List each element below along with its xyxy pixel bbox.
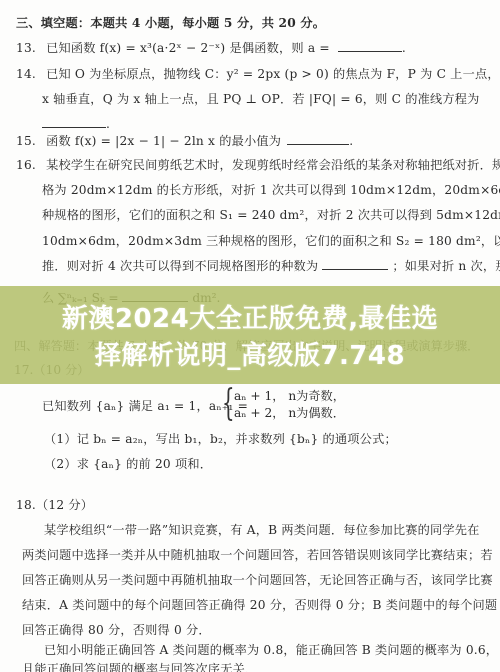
section-3-heading: 三、填空题：本题共 4 小题，每小题 5 分，共 20 分。 <box>16 15 325 31</box>
question-13: 13. 已知函数 f(x) = x³(a·2ˣ − 2⁻ˣ) 是偶函数，则 a … <box>16 40 406 56</box>
question-16-line-3: 种规格的图形，它们的面积之和 S₁ = 240 dm²，对折 2 次共可以得到 … <box>42 207 500 223</box>
question-18-line-5: 回答正确得 80 分，否则得 0 分． <box>22 622 211 638</box>
question-14-number: 14. <box>16 67 36 81</box>
question-17-intro: 已知数列 {aₙ} 满足 a₁ = 1，aₙ₊₁ = <box>42 398 248 414</box>
question-18-line-1: 某学校组织“一带一路”知识竞赛，有 A，B 两类问题．每位参加比赛的同学先在 <box>44 522 480 538</box>
question-17-part-2: （2）求 {aₙ} 的前 20 项和． <box>44 456 212 472</box>
punctuation: . <box>349 134 353 148</box>
question-18-header: 18.（12 分） <box>16 497 93 513</box>
question-15-number: 15. <box>16 134 36 148</box>
question-15-text: 函数 f(x) = |2x − 1| − 2ln x 的最小值为 <box>46 134 281 148</box>
question-16-line-4: 10dm×6dm，20dm×3dm 三种规格的图形，它们的面积之和 S₂ = 1… <box>42 233 500 249</box>
question-18-line-3: 回答正确则从另一类问题中再随机抽取一个问题回答，无论回答正确与否，该同学比赛 <box>22 572 493 588</box>
question-16-line-1: 16. 某校学生在研究民间剪纸艺术时，发现剪纸时经常会沿纸的某条对称轴把纸对折．… <box>16 157 500 173</box>
question-16-text: 推．则对折 4 次共可以得到不同规格图形的种数为 <box>42 259 318 273</box>
question-16-line-2: 格为 20dm×12dm 的长方形纸，对折 1 次共可以得到 10dm×12dm… <box>42 182 500 198</box>
left-brace: { <box>222 386 235 422</box>
question-14-line-2: x 轴垂直，Q 为 x 轴上一点，且 PQ ⊥ OP．若 |FQ| = 6，则 … <box>42 91 480 107</box>
question-13-text: 已知函数 f(x) = x³(a·2ˣ − 2⁻ˣ) 是偶函数，则 a = <box>46 41 330 55</box>
case-even: aₙ + 2， n为偶数． <box>234 405 345 421</box>
banner-title-line-1: 新澳2024大全正版免费,最佳选 <box>0 302 500 336</box>
piecewise-definition: { aₙ + 1， n为奇数， aₙ + 2， n为偶数． <box>222 388 362 424</box>
case-odd: aₙ + 1， n为奇数， <box>234 388 345 404</box>
question-15: 15. 函数 f(x) = |2x − 1| − 2ln x 的最小值为 . <box>16 133 353 149</box>
question-14-line-3: . <box>42 116 110 132</box>
answer-blank[interactable] <box>338 41 402 52</box>
exam-page: 三、填空题：本题共 4 小题，每小题 5 分，共 20 分。 13. 已知函数 … <box>0 0 500 672</box>
question-14-line-1: 14. 已知 O 为坐标原点，抛物线 C：y² = 2px (p > 0) 的焦… <box>16 66 500 82</box>
punctuation: . <box>106 117 110 131</box>
question-16-line-5: 推．则对折 4 次共可以得到不同规格图形的种数为 ；如果对折 n 次，那 <box>42 258 500 274</box>
answer-blank[interactable] <box>322 259 388 270</box>
answer-blank[interactable] <box>42 117 106 128</box>
question-16-text: 某校学生在研究民间剪纸艺术时，发现剪纸时经常会沿纸的某条对称轴把纸对折．规 <box>46 158 500 172</box>
question-17-part-1: （1）记 bₙ = a₂ₙ，写出 b₁，b₂，并求数列 {bₙ} 的通项公式； <box>44 431 397 447</box>
banner-title-line-2: 择解析说明_高级版7.748 <box>0 339 500 373</box>
question-18-line-2: 两类问题中选择一类并从中随机抽取一个问题回答，若回答错误则该同学比赛结束；若 <box>22 547 493 563</box>
punctuation: . <box>402 41 406 55</box>
question-18-line-4: 结束．A 类问题中的每个问题回答正确得 20 分，否则得 0 分；B 类问题中的… <box>22 597 497 613</box>
question-18-line-6: 已知小明能正确回答 A 类问题的概率为 0.8，能正确回答 B 类问题的概率为 … <box>44 642 498 658</box>
question-13-number: 13. <box>16 41 36 55</box>
question-16-number: 16. <box>16 158 36 172</box>
question-14-text: 已知 O 为坐标原点，抛物线 C：y² = 2px (p > 0) 的焦点为 F… <box>46 67 500 81</box>
question-18-line-7: 且能正确回答问题的概率与回答次序无关． <box>22 661 257 672</box>
answer-blank[interactable] <box>287 134 349 145</box>
question-16-text: ；如果对折 n 次，那 <box>392 259 500 273</box>
